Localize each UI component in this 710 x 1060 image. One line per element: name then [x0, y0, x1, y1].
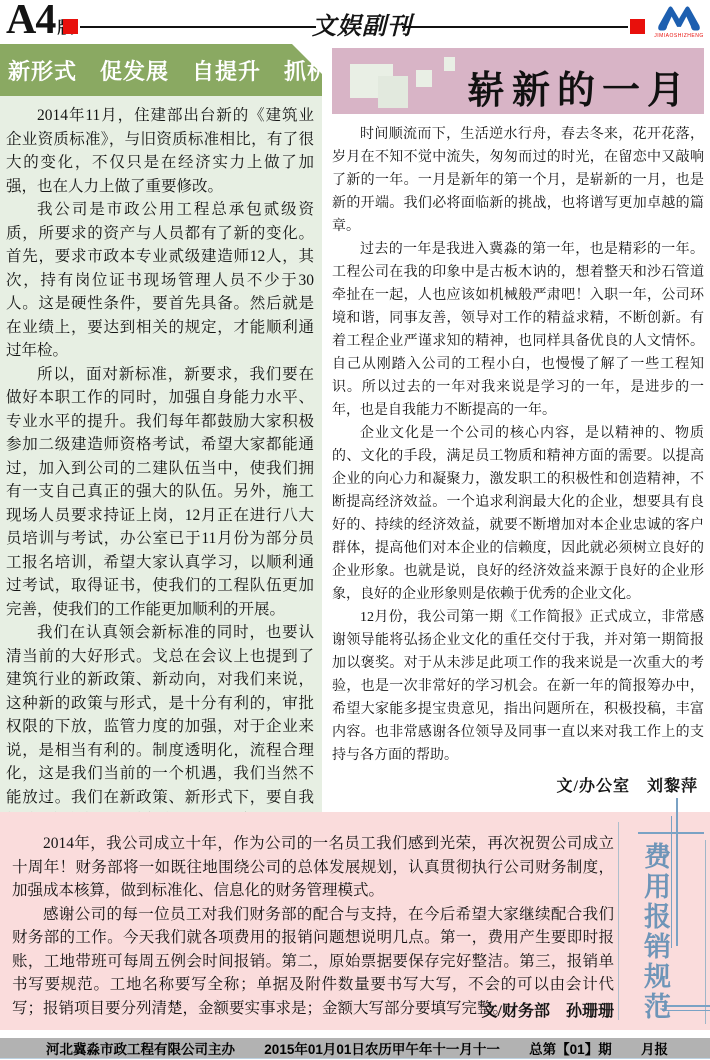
right-article: 崭新的一月 时间顺流而下，生活逆水行舟，春去冬来，花开花落，岁月在不知不觉中流失…	[332, 44, 710, 812]
cross-line-decoration	[676, 798, 678, 946]
square-decoration	[444, 57, 455, 71]
section-title: 文娱副刊	[312, 6, 412, 41]
red-square-marker	[630, 19, 645, 34]
footer-frequency: 月报	[641, 1038, 668, 1058]
paragraph: 时间顺流而下，生活逆水行舟，春去冬来，花开花落，岁月在不知不觉中流失，匆匆而过的…	[332, 123, 704, 238]
red-square-marker	[63, 19, 78, 34]
paragraph: 2014年，我公司成立十年，作为公司的一名员工我们感到光荣，再次祝贺公司成立十周…	[12, 832, 614, 903]
paragraph: 我们在认真领会新标准的同时，也要认清当前的大好形式。戈总在会议上也提到了建筑行业…	[6, 621, 314, 812]
bottom-article-byline: 文/财务部 孙珊珊	[12, 998, 614, 1021]
right-article-byline: 文/办公室 刘黎萍	[332, 775, 704, 798]
company-logo: JIMIAOSHIZHENG	[654, 4, 704, 39]
paragraph: 2014年11月，住建部出台新的《建筑业企业资质标准》，与旧资质标准相比，有了很…	[6, 104, 314, 198]
bottom-article-body: 2014年，我公司成立十年，作为公司的一名员工我们感到光荣，再次祝贺公司成立十周…	[12, 832, 614, 1020]
bottom-article: 2014年，我公司成立十年，作为公司的一名员工我们感到光荣，再次祝贺公司成立十周…	[0, 812, 710, 1030]
page-footer: 河北冀淼市政工程有限公司主办 2015年01月01日农历甲午年十一月十一 总第【…	[0, 1038, 710, 1059]
newsletter-page: A4版 文娱副刊 JIMIAOSHIZHENG 新形式 促发展 自提升 抓机遇 …	[0, 0, 710, 1060]
paragraph: 我公司是市政公用工程总承包贰级资质，所要求的资产与人员都有了新的变化。首先，要求…	[6, 198, 314, 363]
footer-issue: 总第【01】期	[529, 1038, 612, 1058]
masthead-rule-left	[80, 26, 316, 28]
footer-date: 2015年01月01日农历甲午年十一月十一	[264, 1038, 500, 1058]
left-article-body: 2014年11月，住建部出台新的《建筑业企业资质标准》，与旧资质标准相比，有了很…	[0, 96, 322, 812]
square-decoration	[416, 70, 432, 87]
paragraph: 企业文化是一个公司的核心内容，是以精神的、物质的、文化的手段，满足员工物质和精神…	[332, 422, 704, 606]
paragraph: 所以，面对新标准，新要求，我们要在做好本职工作的同时，加强自身能力水平、专业水平…	[6, 363, 314, 622]
paragraph: 12月份，我公司第一期《工作简报》正式成立，非常感谢领导能将弘扬企业文化的重任交…	[332, 606, 704, 767]
page-label: A4	[6, 0, 55, 43]
right-article-body: 时间顺流而下，生活逆水行舟，春去冬来，花开花落，岁月在不知不觉中流失，匆匆而过的…	[332, 123, 704, 798]
square-decoration	[378, 76, 408, 108]
left-article-headline-band: 新形式 促发展 自提升 抓机遇	[0, 44, 322, 96]
main-columns: 新形式 促发展 自提升 抓机遇 2014年11月，住建部出台新的《建筑业企业资质…	[0, 44, 710, 812]
cross-line-decoration	[638, 832, 704, 834]
company-logo-icon	[656, 4, 702, 32]
masthead-rule-right	[402, 26, 628, 28]
bottom-article-vertical-title: 费用报销规范	[636, 842, 675, 1022]
right-article-title-box: 崭新的一月	[332, 48, 704, 114]
masthead: A4版 文娱副刊 JIMIAOSHIZHENG	[0, 0, 710, 44]
left-article: 新形式 促发展 自提升 抓机遇 2014年11月，住建部出台新的《建筑业企业资质…	[0, 44, 322, 812]
logo-caption: JIMIAOSHIZHENG	[654, 33, 704, 39]
paragraph: 过去的一年是我进入冀淼的第一年，也是精彩的一年。工程公司在我的印象中是古板木讷的…	[332, 238, 704, 422]
page-fold-decoration	[292, 44, 322, 74]
right-article-title: 崭新的一月	[467, 59, 692, 114]
sidebar-edge-line	[705, 840, 706, 1024]
sidebar-divider-line	[618, 822, 619, 1020]
footer-publisher: 河北冀淼市政工程有限公司主办	[46, 1038, 235, 1058]
